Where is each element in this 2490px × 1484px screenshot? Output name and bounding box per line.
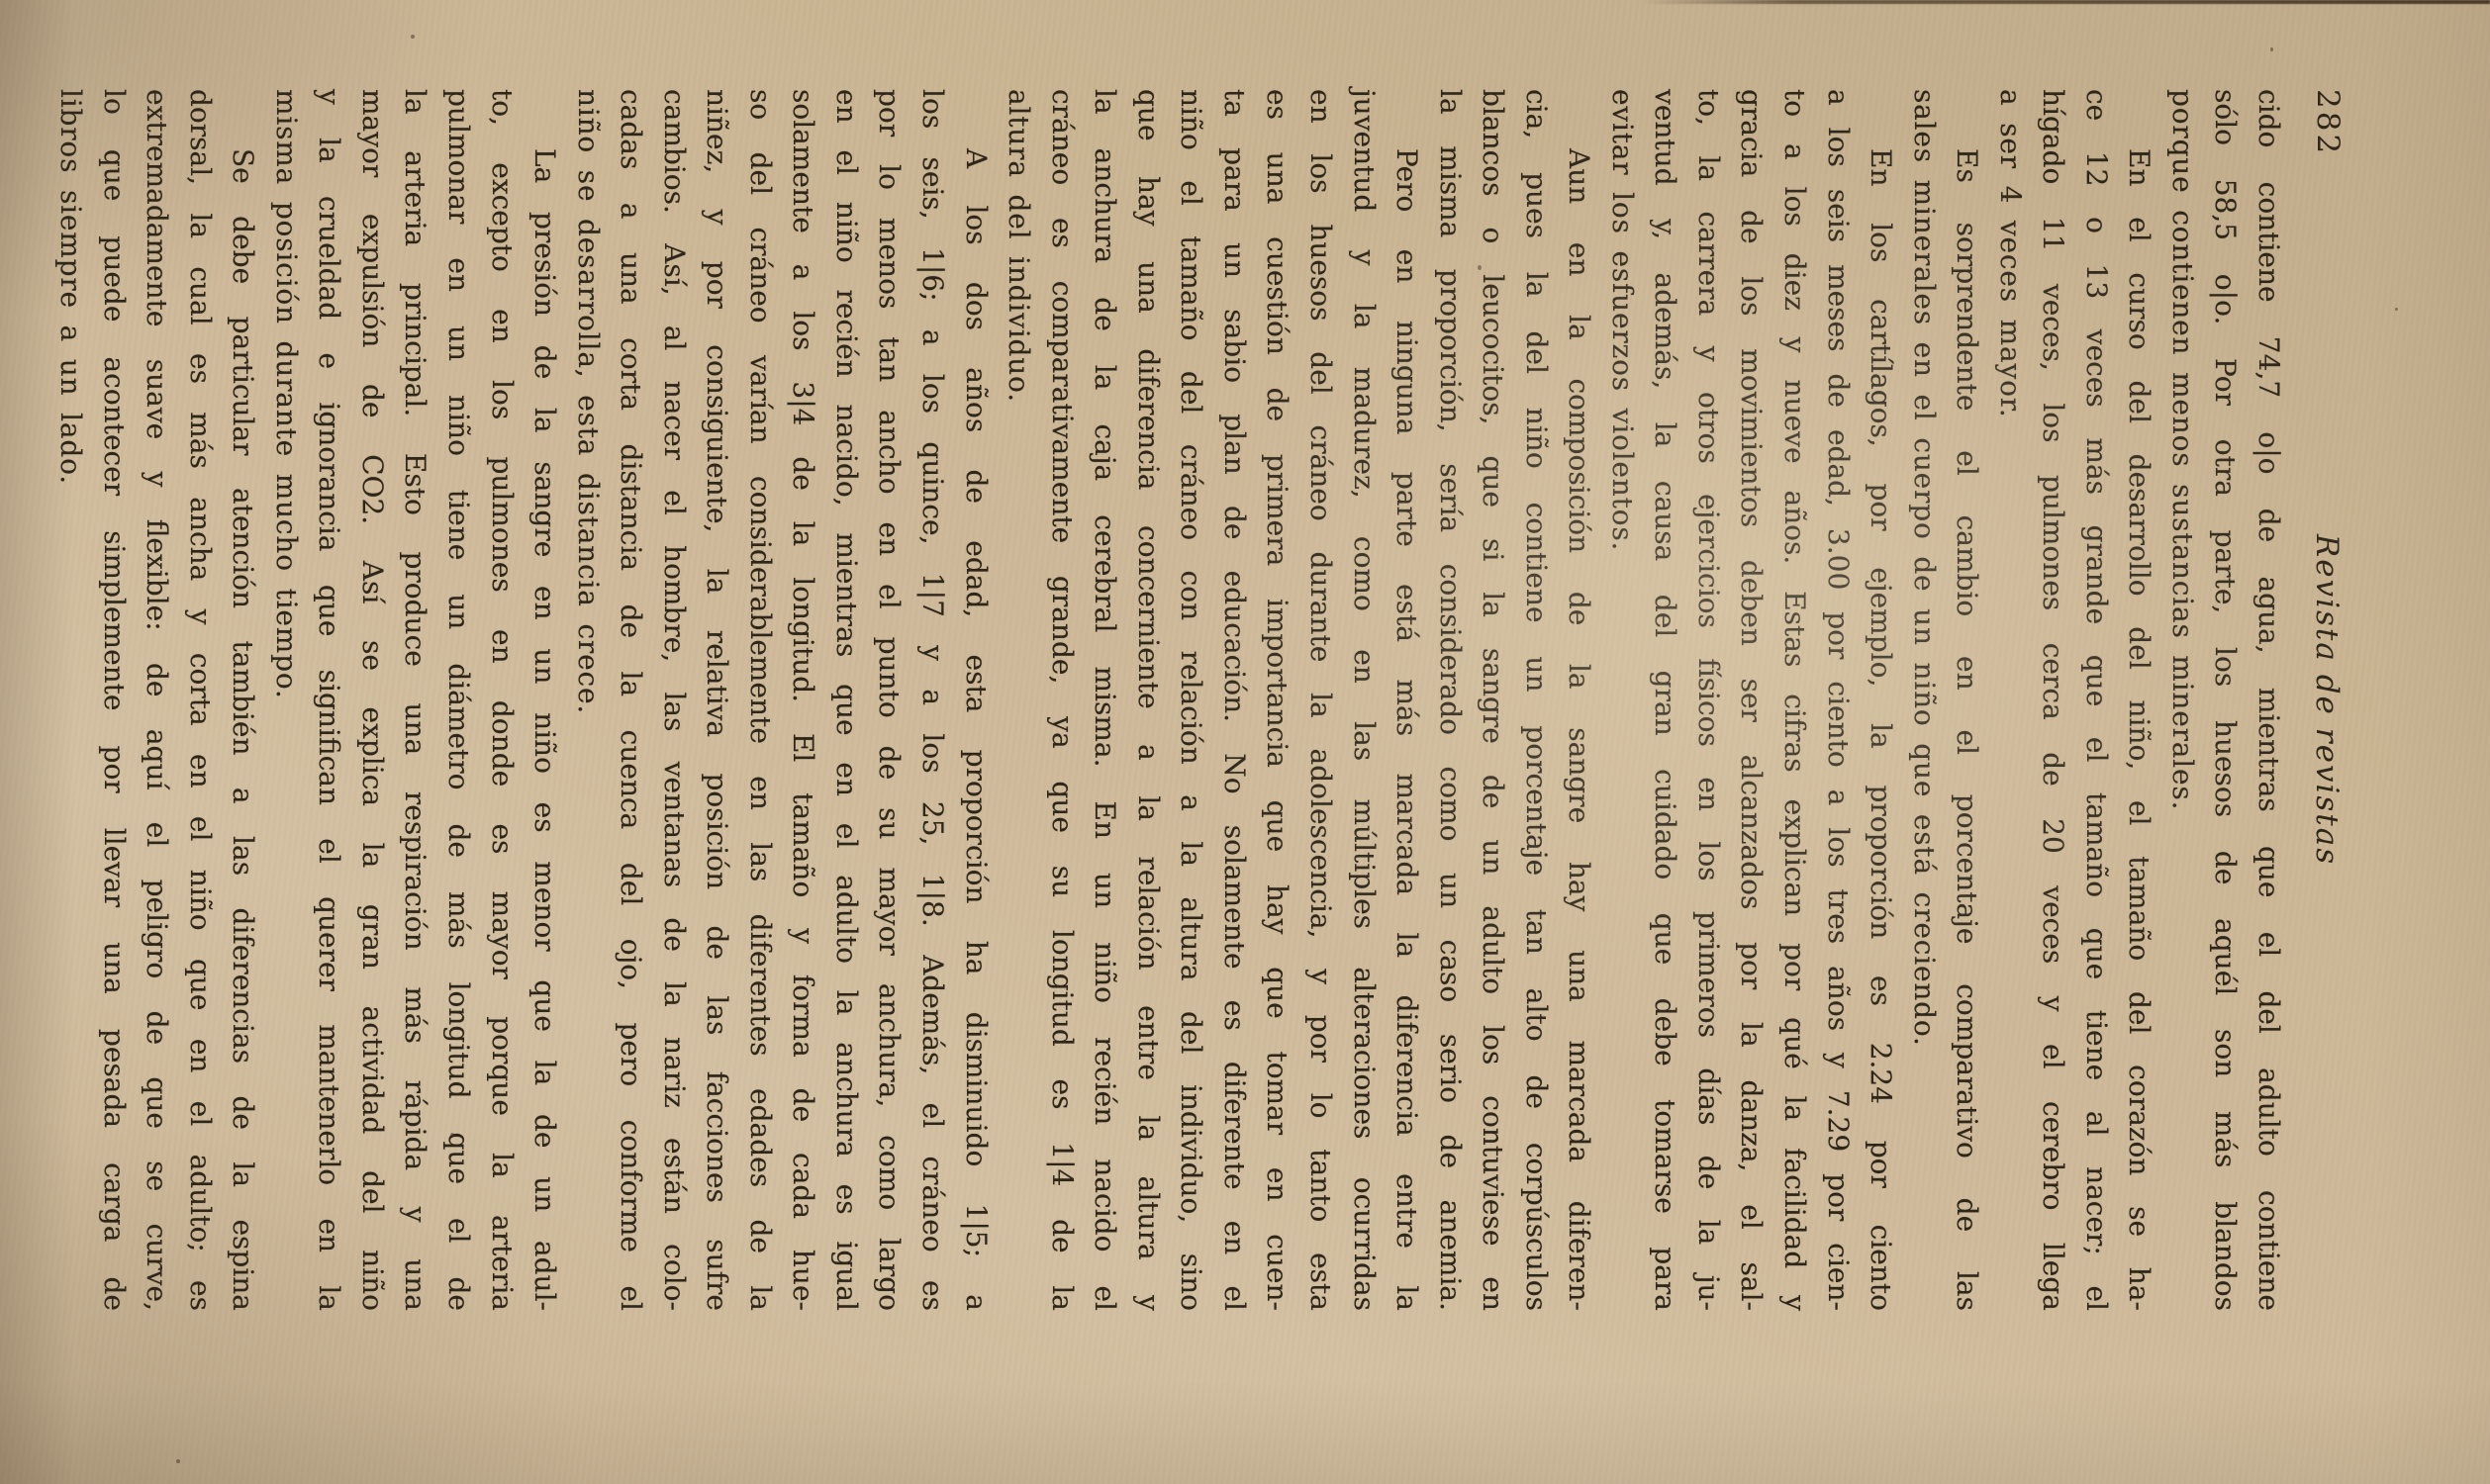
text-line: gracia de los movimientos deben ser alca… <box>1730 89 1773 1311</box>
text-line: juventud y la madurez, como en las múlti… <box>1342 89 1386 1311</box>
text-line: lo que puede acontecer simplemente por l… <box>92 89 136 1311</box>
text-line-content: niñez, y por consiguiente, la relativa p… <box>701 89 733 1311</box>
text-line: to, la carrera y otros ejercicios físico… <box>1686 89 1730 1311</box>
text-line-content: to a los diez y nueve años. Estas cifras… <box>1778 89 1811 1311</box>
running-title: Revista de revistas <box>2309 534 2345 866</box>
scanned-page-photo: 282 Revista de revistas cido contiene 74… <box>0 0 2490 1484</box>
text-line: la misma proporción, sería considerado c… <box>1428 89 1472 1311</box>
text-line: en el niño recién nacido, mientras que e… <box>824 89 868 1311</box>
text-line: mayor expulsión de CO2. Así se explica l… <box>350 89 394 1311</box>
text-line: to a los diez y nueve años. Estas cifras… <box>1772 89 1816 1311</box>
text-line: Se debe particular atención también a la… <box>222 89 265 1311</box>
text-line-content: a ser 4 veces mayor. <box>1994 89 2027 418</box>
text-line-content: Se debe particular atención también a la… <box>227 148 259 1311</box>
text-line-content: en el niño recién nacido, mientras que e… <box>830 89 863 1311</box>
text-line-content: juventud y la madurez, como en las múlti… <box>1348 89 1381 1311</box>
text-line-content: hígado 11 veces, los pulmones cerca de 2… <box>2037 89 2069 1311</box>
text-line-content: niño el tamaño del cráneo con relación a… <box>1175 89 1207 1311</box>
text-line-content: mayor expulsión de CO2. Así se explica l… <box>356 89 389 1311</box>
text-line-content: la arteria principal. Esto produce una r… <box>399 89 431 1311</box>
text-line: altura del individuo. <box>998 89 1041 1311</box>
text-line-content: los seis, 1|6; a los quince, 1|7 y a los… <box>916 89 949 1311</box>
text-line: pulmonar en un niño tiene un diámetro de… <box>436 89 480 1311</box>
text-line-content: to, excepto en los pulmones en donde es … <box>486 89 519 1311</box>
text-line: es una cuestión de primera importancia q… <box>1256 89 1299 1311</box>
text-line: en los huesos del cráneo durante la adol… <box>1298 89 1342 1311</box>
text-line-content: la anchura de la caja cerebral misma. En… <box>1089 89 1121 1311</box>
text-line: sólo 58,5 o|o. Por otra parte, los hueso… <box>2204 89 2248 1311</box>
text-line: En el curso del desarrollo del niño, el … <box>2118 89 2161 1311</box>
text-line-content: la misma proporción, sería considerado c… <box>1434 89 1467 1311</box>
text-line-content: porque contienen menos sustancias minera… <box>2166 89 2199 810</box>
text-line: misma posición durante mucho tiempo. <box>264 89 308 1311</box>
text-line-content: a los seis meses de edad, 3.00 por cient… <box>1822 89 1855 1311</box>
text-line-content: cido contiene 74,7 o|o de agua, mientras… <box>2252 89 2285 1311</box>
text-line-content: cia, pues la del niño contiene un porcen… <box>1520 89 1553 1311</box>
text-line: cráneo es comparativamente grande, ya qu… <box>1040 89 1084 1311</box>
text-line: a los seis meses de edad, 3.00 por cient… <box>1816 89 1860 1311</box>
paper-speck <box>450 1133 454 1138</box>
text-line: dorsal, la cual es más ancha y corta en … <box>178 89 222 1311</box>
text-line: libros siempre a un lado. <box>49 89 93 1311</box>
text-line: Pero en ninguna parte está más marcada l… <box>1386 89 1429 1311</box>
text-line-content: misma posición durante mucho tiempo. <box>270 89 303 699</box>
text-line-content: En el curso del desarrollo del niño, el … <box>2123 148 2155 1311</box>
text-line: ce 12 o 13 veces más grande que el tamañ… <box>2074 89 2118 1311</box>
text-line-content: cráneo es comparativamente grande, ya qu… <box>1046 89 1079 1311</box>
text-line-content: Es sorprendente el cambio en el porcenta… <box>1951 148 1983 1311</box>
text-line: porque contienen menos sustancias minera… <box>2160 89 2204 1311</box>
text-line-content: en los huesos del cráneo durante la adol… <box>1304 89 1337 1311</box>
text-line: por lo menos tan ancho en el punto de su… <box>868 89 911 1311</box>
text-line-content: Pero en ninguna parte está más marcada l… <box>1390 148 1423 1311</box>
text-line-content: por lo menos tan ancho en el punto de su… <box>874 89 907 1311</box>
text-line: so del cráneo varían considerablemente e… <box>738 89 782 1311</box>
text-line: La presión de la sangre en un niño es me… <box>524 89 567 1311</box>
text-line-content: altura del individuo. <box>1003 89 1035 403</box>
text-line-content: A los dos años de edad, esta proporción … <box>960 148 993 1311</box>
text-line-content: ce 12 o 13 veces más grande que el tamañ… <box>2080 89 2113 1311</box>
text-line: A los dos años de edad, esta proporción … <box>954 89 998 1311</box>
text-line-content: sólo 58,5 o|o. Por otra parte, los hueso… <box>2209 89 2242 1311</box>
text-line: extremadamente suave y flexible: de aquí… <box>136 89 179 1311</box>
text-line: solamente a los 3|4 de la longitud. El t… <box>782 89 825 1311</box>
text-line: hígado 11 veces, los pulmones cerca de 2… <box>2032 89 2075 1311</box>
text-line-content: En los cartílagos, por ejemplo, la propo… <box>1865 148 1897 1311</box>
text-line: niño se desarrolla, esta distancia crece… <box>566 89 610 1311</box>
text-line-content: sales minerales en el cuerpo de un niño … <box>1908 89 1941 1047</box>
text-line-content: que hay una diferencia concerniente a la… <box>1132 89 1165 1311</box>
text-line-content: to, la carrera y otros ejercicios físico… <box>1692 89 1725 1311</box>
text-line-content: es una cuestión de primera importancia q… <box>1261 89 1293 1311</box>
paper-speck <box>2395 308 2398 311</box>
text-line-content: pulmonar en un niño tiene un diámetro de… <box>442 89 475 1311</box>
text-line-content: evitar los esfuerzos violentos. <box>1606 89 1639 551</box>
text-line-content: ta para un sabio plan de educación. No s… <box>1218 89 1251 1311</box>
text-line: que hay una diferencia concerniente a la… <box>1126 89 1170 1311</box>
text-line: to, excepto en los pulmones en donde es … <box>480 89 524 1311</box>
text-line: niño el tamaño del cráneo con relación a… <box>1170 89 1213 1311</box>
text-line: evitar los esfuerzos violentos. <box>1600 89 1644 1311</box>
text-line-content: cadas a una corta distancia de la cuenca… <box>615 89 647 1311</box>
text-line: niñez, y por consiguiente, la relativa p… <box>696 89 739 1311</box>
text-line: blancos o leucocitos, que si la sangre d… <box>1472 89 1515 1311</box>
text-line: ventud y, además, la causa del gran cuid… <box>1644 89 1687 1311</box>
page-sheet: 282 Revista de revistas cido contiene 74… <box>0 0 2490 1484</box>
page-edge-shadow <box>1643 0 2490 4</box>
text-line: cido contiene 74,7 o|o de agua, mientras… <box>2247 89 2290 1311</box>
text-line-content: lo que puede acontecer simplemente por l… <box>98 89 131 1311</box>
text-line: y la crueldad e ignorancia que significa… <box>308 89 351 1311</box>
text-line-content: niño se desarrolla, esta distancia crece… <box>572 89 605 714</box>
text-line: a ser 4 veces mayor. <box>1988 89 2032 1311</box>
text-line: la anchura de la caja cerebral misma. En… <box>1084 89 1127 1311</box>
text-line: sales minerales en el cuerpo de un niño … <box>1902 89 1946 1311</box>
text-line: En los cartílagos, por ejemplo, la propo… <box>1860 89 1903 1311</box>
text-line: Es sorprendente el cambio en el porcenta… <box>1946 89 1989 1311</box>
paper-speck <box>2270 47 2273 51</box>
paper-speck <box>1478 265 1482 270</box>
text-line: ta para un sabio plan de educación. No s… <box>1212 89 1256 1311</box>
text-line: cambios. Así, al nacer el hombre, las ve… <box>652 89 696 1311</box>
text-line-content: cambios. Así, al nacer el hombre, las ve… <box>658 89 691 1311</box>
text-line: los seis, 1|6; a los quince, 1|7 y a los… <box>911 89 955 1311</box>
text-line: Aun en la composición de la sangre hay u… <box>1558 89 1601 1311</box>
page-number: 282 <box>2310 89 2346 156</box>
text-line-content: ventud y, además, la causa del gran cuid… <box>1649 89 1681 1311</box>
text-line: la arteria principal. Esto produce una r… <box>394 89 437 1311</box>
text-line: cia, pues la del niño contiene un porcen… <box>1514 89 1558 1311</box>
text-line-content: libros siempre a un lado. <box>54 89 87 485</box>
page-header: 282 Revista de revistas <box>2304 89 2346 1311</box>
text-line-content: so del cráneo varían considerablemente e… <box>744 89 777 1311</box>
text-line-content: La presión de la sangre en un niño es me… <box>528 148 561 1311</box>
text-line-content: gracia de los movimientos deben ser alca… <box>1735 89 1768 1311</box>
text-line-content: blancos o leucocitos, que si la sangre d… <box>1477 89 1509 1311</box>
text-line-content: extremadamente suave y flexible: de aquí… <box>141 89 173 1311</box>
text-line-content: y la crueldad e ignorancia que significa… <box>313 89 345 1311</box>
page-body: cido contiene 74,7 o|o de agua, mientras… <box>49 89 2290 1311</box>
paper-speck <box>411 35 415 39</box>
text-line: cadas a una corta distancia de la cuenca… <box>610 89 653 1311</box>
text-line-content: solamente a los 3|4 de la longitud. El t… <box>787 89 819 1311</box>
paper-speck <box>176 1459 180 1463</box>
text-line-content: dorsal, la cual es más ancha y corta en … <box>184 89 217 1311</box>
text-line-content: Aun en la composición de la sangre hay u… <box>1563 148 1595 1311</box>
